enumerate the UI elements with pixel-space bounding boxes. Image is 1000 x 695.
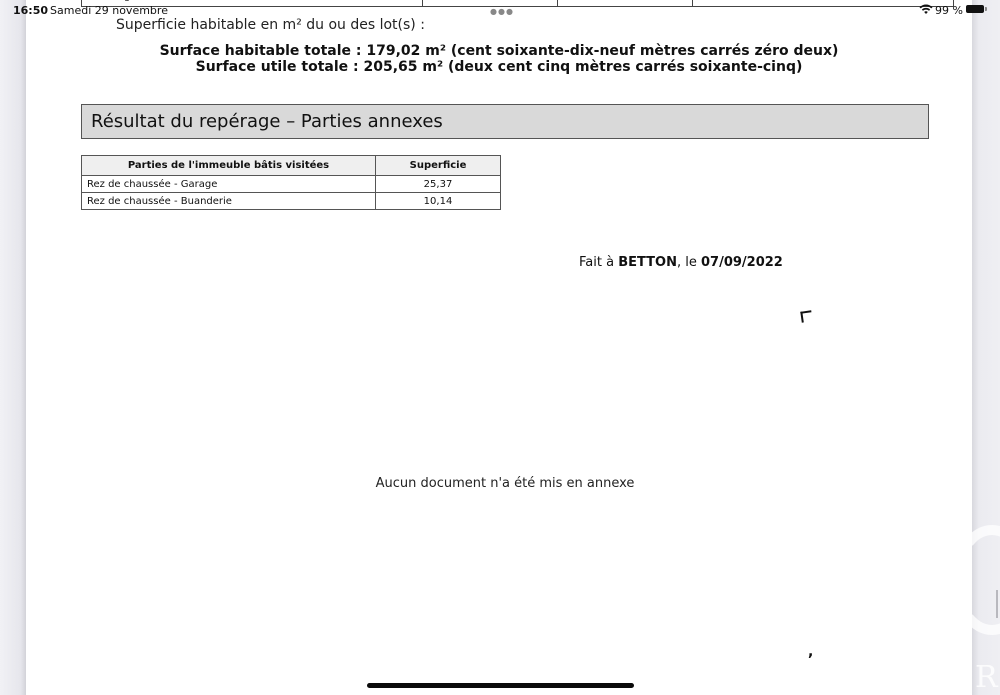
stray-mark: , xyxy=(808,644,813,660)
row-superficie: 25,37 xyxy=(376,176,501,193)
header-parties: Parties de l'immeuble bâtis visitées xyxy=(82,156,376,176)
row-part: Rez de chaussée - Garage xyxy=(82,176,376,193)
signature-mark xyxy=(800,310,812,322)
fait-a-line: Fait à BETTON, le 07/09/2022 xyxy=(579,255,783,270)
surface-utile-total: Surface utile totale : 205,65 m² (deux c… xyxy=(26,59,972,75)
fait-date: 07/09/2022 xyxy=(701,255,783,270)
no-annex-message: Aucun document n'a été mis en annexe xyxy=(26,476,984,491)
fait-city: BETTON xyxy=(618,255,677,270)
header-superficie: Superficie xyxy=(376,156,501,176)
table-row: Rez de chaussée - Garage 25,37 xyxy=(82,176,501,193)
table-header-row: Parties de l'immeuble bâtis visitées Sup… xyxy=(82,156,501,176)
more-dots-icon[interactable]: ●●● xyxy=(490,7,514,16)
right-margin-panel: R xyxy=(972,0,1000,695)
status-time: 16:50 xyxy=(13,4,48,17)
cell-value-2: 0,91 xyxy=(557,0,693,7)
left-margin-panel xyxy=(0,0,26,695)
table-row: Rez de chaussée - Buanderie 10,14 xyxy=(82,193,501,210)
home-indicator[interactable] xyxy=(367,683,634,688)
annexes-table: Parties de l'immeuble bâtis visitées Sup… xyxy=(81,155,501,210)
battery-icon xyxy=(966,5,984,13)
section-title-parties-annexes: Résultat du repérage – Parties annexes xyxy=(81,104,929,139)
battery-percent: 99 % xyxy=(935,4,963,17)
fait-middle: , le xyxy=(677,255,701,270)
document-page[interactable]: 1er étage - WC 0,77 0,91 Hauteur de moin… xyxy=(26,0,972,695)
cell-note: Hauteur de moins de 1,80m xyxy=(692,0,955,7)
background-ghost-letter: R xyxy=(975,660,998,695)
status-date: Samedi 29 novembre xyxy=(50,4,168,17)
superficie-intro: Superficie habitable en m² du ou des lot… xyxy=(116,17,425,33)
row-superficie: 10,14 xyxy=(376,193,501,210)
wifi-icon xyxy=(919,3,933,15)
previous-table-cut-row: 1er étage - WC 0,77 0,91 Hauteur de moin… xyxy=(81,0,954,7)
row-part: Rez de chaussée - Buanderie xyxy=(82,193,376,210)
cell-value-1: 0,77 xyxy=(422,0,558,7)
fait-prefix: Fait à xyxy=(579,255,618,270)
scroll-indicator[interactable] xyxy=(996,590,998,618)
surface-habitable-total: Surface habitable totale : 179,02 m² (ce… xyxy=(26,43,972,59)
